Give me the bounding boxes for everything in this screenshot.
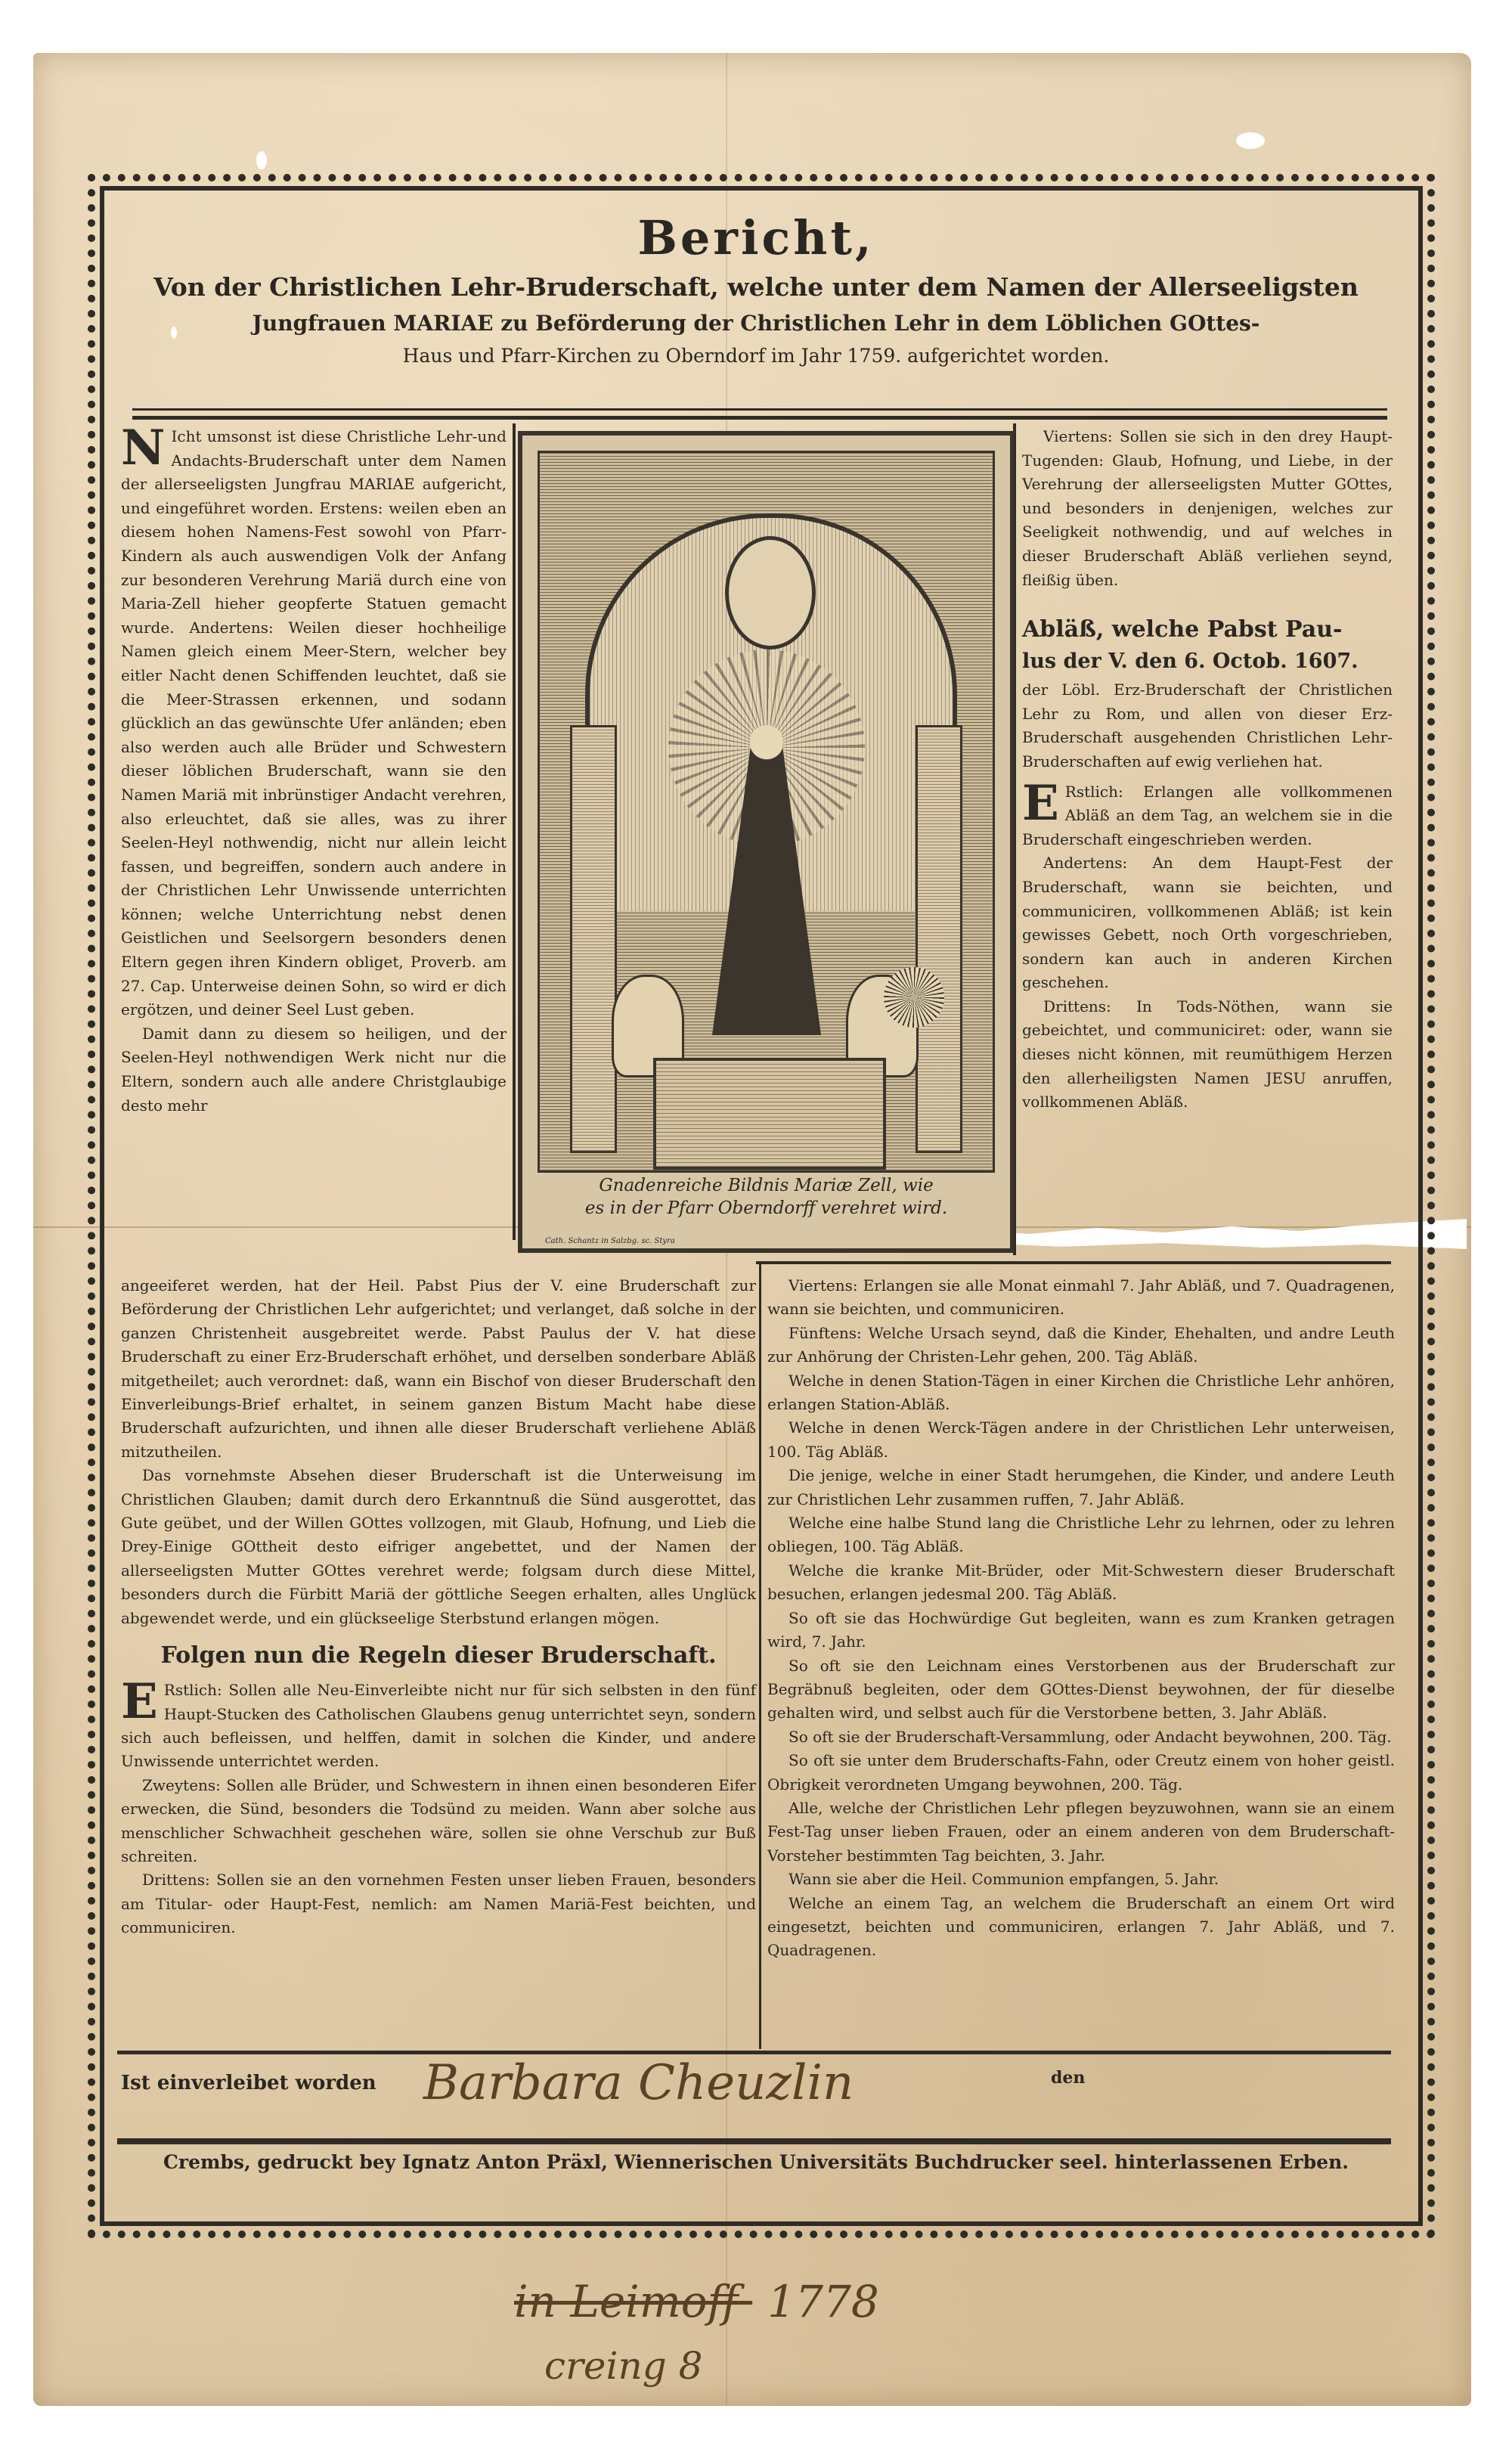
right-column: Viertens: Sollen sie sich in den drey Ha…	[1022, 425, 1393, 1115]
lower-right-column: Viertens: Erlangen sie alle Monat einmah…	[767, 1274, 1395, 1963]
engraving-image	[538, 451, 995, 1173]
indulgence-first: Rstlich: Erlangen alle vollkommenen Ablä…	[1022, 783, 1393, 848]
footer-rule	[117, 2051, 1391, 2054]
drop-cap: N	[121, 426, 166, 470]
pillar-left	[570, 725, 617, 1153]
indulgence-third: Drittens: In Tods-Nöthen, wann sie gebei…	[1022, 995, 1393, 1115]
indulgence-item: So oft sie das Hochwürdige Gut begleiten…	[767, 1607, 1395, 1654]
section-rule	[756, 1261, 1391, 1264]
sunburst-monstrance	[884, 967, 944, 1028]
indulgence-item: So oft sie den Leichnam eines Verstorben…	[767, 1654, 1395, 1725]
indulgence-item: Alle, welche der Christlichen Lehr pfleg…	[767, 1797, 1395, 1868]
paragraph: angeeiferet werden, hat der Heil. Pabst …	[121, 1274, 756, 1464]
caption-line1: Gnadenreiche Bildnis Mariæ Zell, wie	[538, 1174, 995, 1197]
engraving-caption: Gnadenreiche Bildnis Mariæ Zell, wie es …	[538, 1174, 995, 1233]
lower-left-column: angeeiferet werden, hat der Heil. Pabst …	[121, 1274, 756, 1940]
indulgence-item: Welche eine halbe Stund lang die Christl…	[767, 1511, 1395, 1559]
printer-imprint: Crembs, gedruckt bey Ignatz Anton Präxl,…	[121, 2151, 1391, 2173]
column-divider	[513, 423, 516, 1240]
intro-paragraph: Icht umsonst ist diese Christliche Lehr-…	[121, 427, 507, 1018]
rule-third: Drittens: Sollen sie an den vornehmen Fe…	[121, 1868, 756, 1939]
indulgence-heading-line2: lus der V. den 6. Octob. 1607.	[1022, 646, 1393, 677]
handwritten-year: 1778	[767, 2276, 879, 2327]
drop-cap: E	[1022, 782, 1059, 826]
header-rule	[132, 408, 1387, 411]
indulgence-item: Welche in denen Werck-Tägen andere in de…	[767, 1416, 1395, 1464]
document-subtitle-line2: Jungfrauen MARIAE zu Beförderung der Chr…	[129, 306, 1383, 341]
altar-table	[653, 1058, 886, 1170]
medallion-portrait	[725, 536, 816, 650]
indulgence-heading-line1: Abläß, welche Pabst Pau-	[1022, 615, 1393, 645]
enrolled-label: Ist einverleibet worden	[121, 2072, 376, 2094]
rules-heading: Folgen nun die Regeln dieser Bruderschaf…	[121, 1636, 756, 1676]
engraver-signature: Cath. Schantz in Salzbg. sc. Styra	[545, 1237, 675, 1245]
indulgence-second: Andertens: An dem Haupt-Fest der Bruders…	[1022, 851, 1393, 995]
indulgence-item: Welche in denen Station-Tägen in einer K…	[767, 1369, 1395, 1417]
left-column: N Icht umsonst ist diese Christliche Leh…	[121, 425, 507, 1118]
engraving-mariazell: Gnadenreiche Bildnis Mariæ Zell, wie es …	[518, 431, 1015, 1253]
rule-fourth: Viertens: Sollen sie sich in den drey Ha…	[1022, 425, 1393, 592]
handwritten-annotation-line2: creing 8	[544, 2344, 702, 2388]
indulgence-item: So oft sie der Bruderschaft-Versammlung,…	[767, 1725, 1395, 1749]
indulgence-item: Wann sie aber die Heil. Communion empfan…	[767, 1868, 1395, 1891]
indulgence-fourth: Viertens: Erlangen sie alle Monat einmah…	[767, 1274, 1395, 1322]
indulgence-item: So oft sie unter dem Bruderschafts-Fahn,…	[767, 1749, 1395, 1797]
paper-hole	[1236, 132, 1265, 149]
date-label: den	[1051, 2068, 1085, 2088]
drop-cap: E	[121, 1680, 158, 1724]
indulgence-item: Welche die kranke Mit-Brüder, oder Mit-S…	[767, 1559, 1395, 1607]
column-divider	[759, 1263, 761, 2049]
pillar-right	[916, 725, 962, 1153]
document-subtitle-line1: Von der Christlichen Lehr-Bruderschaft, …	[129, 268, 1383, 306]
paper-hole	[256, 151, 267, 169]
rule-second: Zweytens: Sollen alle Brüder, und Schwes…	[121, 1774, 756, 1869]
handwritten-annotation: in Leimoff 1778	[514, 2276, 879, 2327]
header-rule	[132, 416, 1387, 420]
indulgence-item: Die jenige, welche in einer Stadt herumg…	[767, 1464, 1395, 1511]
struck-place-name: in Leimoff	[514, 2276, 739, 2327]
indulgence-fifth: Fünftens: Welche Ursach seynd, daß die K…	[767, 1322, 1395, 1369]
indulgence-item: Welche an einem Tag, an welchem die Brud…	[767, 1892, 1395, 1963]
paragraph: Das vornehmste Absehen dieser Bruderscha…	[121, 1464, 756, 1630]
rule-first: Rstlich: Sollen alle Neu-Einverleibte ni…	[121, 1681, 756, 1770]
caption-line2: es in der Pfarr Oberndorff verehret wird…	[538, 1197, 995, 1220]
document-header: Bericht, Von der Christlichen Lehr-Brude…	[129, 208, 1383, 371]
paragraph: Damit dann zu diesem so heiligen, und de…	[121, 1022, 507, 1118]
enrolled-name-signature: Barbara Cheuzlin	[423, 2055, 854, 2111]
document-title: Bericht,	[129, 208, 1383, 268]
footer-rule	[117, 2138, 1391, 2144]
indulgence-intro: der Löbl. Erz-Bruderschaft der Christlic…	[1022, 678, 1393, 774]
document-subtitle-line3: Haus und Pfarr-Kirchen zu Oberndorf im J…	[129, 341, 1383, 371]
